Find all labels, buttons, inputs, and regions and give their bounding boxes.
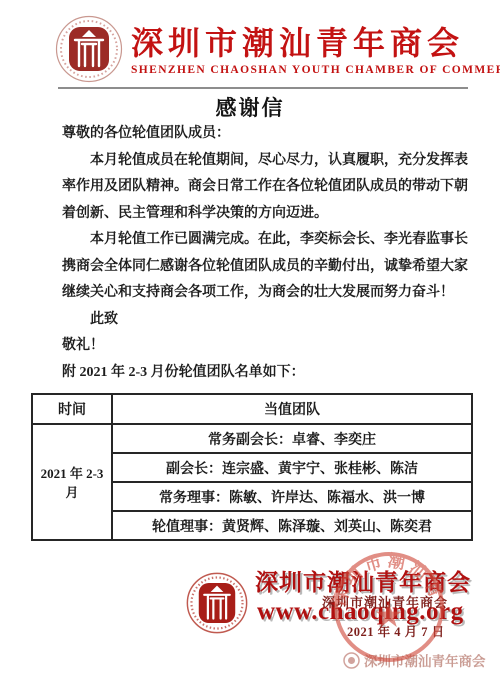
letterhead: 深圳市潮汕青年商会 SHENZHEN CHAOSHAN YOUTH CHAMBE… [131, 26, 476, 76]
org-name-cn: 深圳市潮汕青年商会 [131, 26, 476, 60]
duty-cell-vice-presidents-executive: 常务副会长：卓睿、李奕庄 [112, 424, 472, 453]
duty-table: 时间 当值团队 2021 年 2-3 月 常务副会长：卓睿、李奕庄 副会长：连宗… [31, 393, 473, 541]
table-row: 2021 年 2-3 月 常务副会长：卓睿、李奕庄 [32, 424, 472, 453]
attachment-note: 附 2021 年 2-3 月份轮值团队名单如下： [62, 360, 468, 387]
salutation: 尊敬的各位轮值团队成员： [62, 121, 468, 148]
svg-text:深圳市潮汕青年商会: 深圳市潮汕青年商会 [328, 549, 448, 608]
time-period-cell: 2021 年 2-3 月 [32, 424, 112, 540]
letter-body: 尊敬的各位轮值团队成员： 本月轮值成员在轮值期间，尽心尽力，认真履职，充分发挥表… [62, 121, 468, 386]
closing-respect: 敬礼！ [62, 333, 468, 360]
letter-page: 深圳市潮汕青年商会 SHENZHEN CHAOSHAN YOUTH CHAMBE… [0, 0, 500, 682]
footer-logo-icon [186, 572, 248, 634]
org-name-en: SHENZHEN CHAOSHAN YOUTH CHAMBER OF COMME… [131, 64, 476, 76]
closing-salute: 此致 [62, 307, 468, 334]
paragraph-1: 本月轮值成员在轮值期间，尽心尽力，认真履职，充分发挥表率作用及团队精神。商会日常… [62, 148, 468, 228]
col-header-time: 时间 [32, 394, 112, 424]
duty-cell-vice-presidents: 副会长：连宗盛、黄宇宁、张桂彬、陈洁 [112, 453, 472, 482]
col-header-team: 当值团队 [112, 394, 472, 424]
seal-text: 深圳市潮汕青年商会 [328, 549, 448, 608]
duty-cell-rotating-directors: 轮值理事：黄贤辉、陈泽璇、刘英山、陈奕君 [112, 511, 472, 540]
table-header-row: 时间 当值团队 [32, 394, 472, 424]
paragraph-2: 本月轮值工作已圆满完成。在此，李奕标会长、李光春监事长携商会全体同仁感谢各位轮值… [62, 227, 468, 307]
org-logo-icon [55, 15, 123, 83]
doc-title: 感谢信 [0, 92, 500, 122]
org-seal-icon: 深圳市潮汕青年商会 [328, 549, 450, 665]
header-divider [58, 87, 468, 89]
duty-cell-executive-directors: 常务理事：陈敏、许岸达、陈福水、洪一博 [112, 482, 472, 511]
